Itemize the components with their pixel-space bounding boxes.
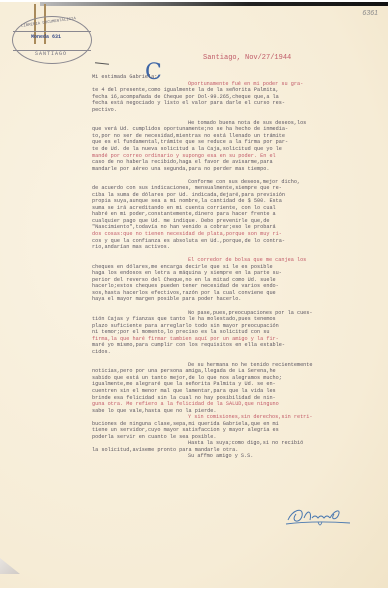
stamp-city: SANTIAGO: [35, 51, 67, 57]
stamp-top-text: LIBRERIA DOCUMENTALISTA: [21, 17, 76, 29]
pencil-dash: [95, 62, 109, 64]
bookstore-stamp: LIBRERIA DOCUMENTALISTA Moneda 631 SANTI…: [12, 16, 92, 64]
paragraph: No pase,pues,preocupaciones por la cues-…: [92, 310, 377, 356]
paragraph: Hasta la suya;como digo,si no recibió la…: [92, 440, 377, 453]
paragraph: El corredor de bolsa que me canjea los c…: [92, 257, 377, 303]
closing-line: Su affmo amigo y S.S.: [92, 453, 377, 460]
stamp-address: Moneda 631: [31, 34, 61, 40]
folded-corner: [0, 558, 20, 574]
paragraph: De su hermana no he tenido recientemente…: [92, 362, 377, 414]
archive-number: 6361: [362, 10, 378, 17]
closing: Su affmo amigo y S.S.: [92, 453, 377, 460]
dateline: Santiago, Nov/27/1944: [203, 54, 291, 62]
letter-body: Mi estimada Gabriela: Oportunamente fué …: [92, 74, 377, 460]
paragraph: Oportunamente fué en mi poder su gra- te…: [92, 81, 377, 114]
letter-page: LIBRERIA DOCUMENTALISTA Moneda 631 SANTI…: [0, 2, 388, 588]
paragraph: Conforme con sus deseos,mejor dicho, de …: [92, 179, 377, 251]
signature: L. Gomez: [282, 502, 352, 530]
paragraph: Y sin comisiones,sin derechos,sin retri-…: [92, 414, 377, 440]
paragraph: He tomado buena nota de sus deseos,los q…: [92, 120, 377, 172]
page-top-edge: [40, 2, 388, 6]
